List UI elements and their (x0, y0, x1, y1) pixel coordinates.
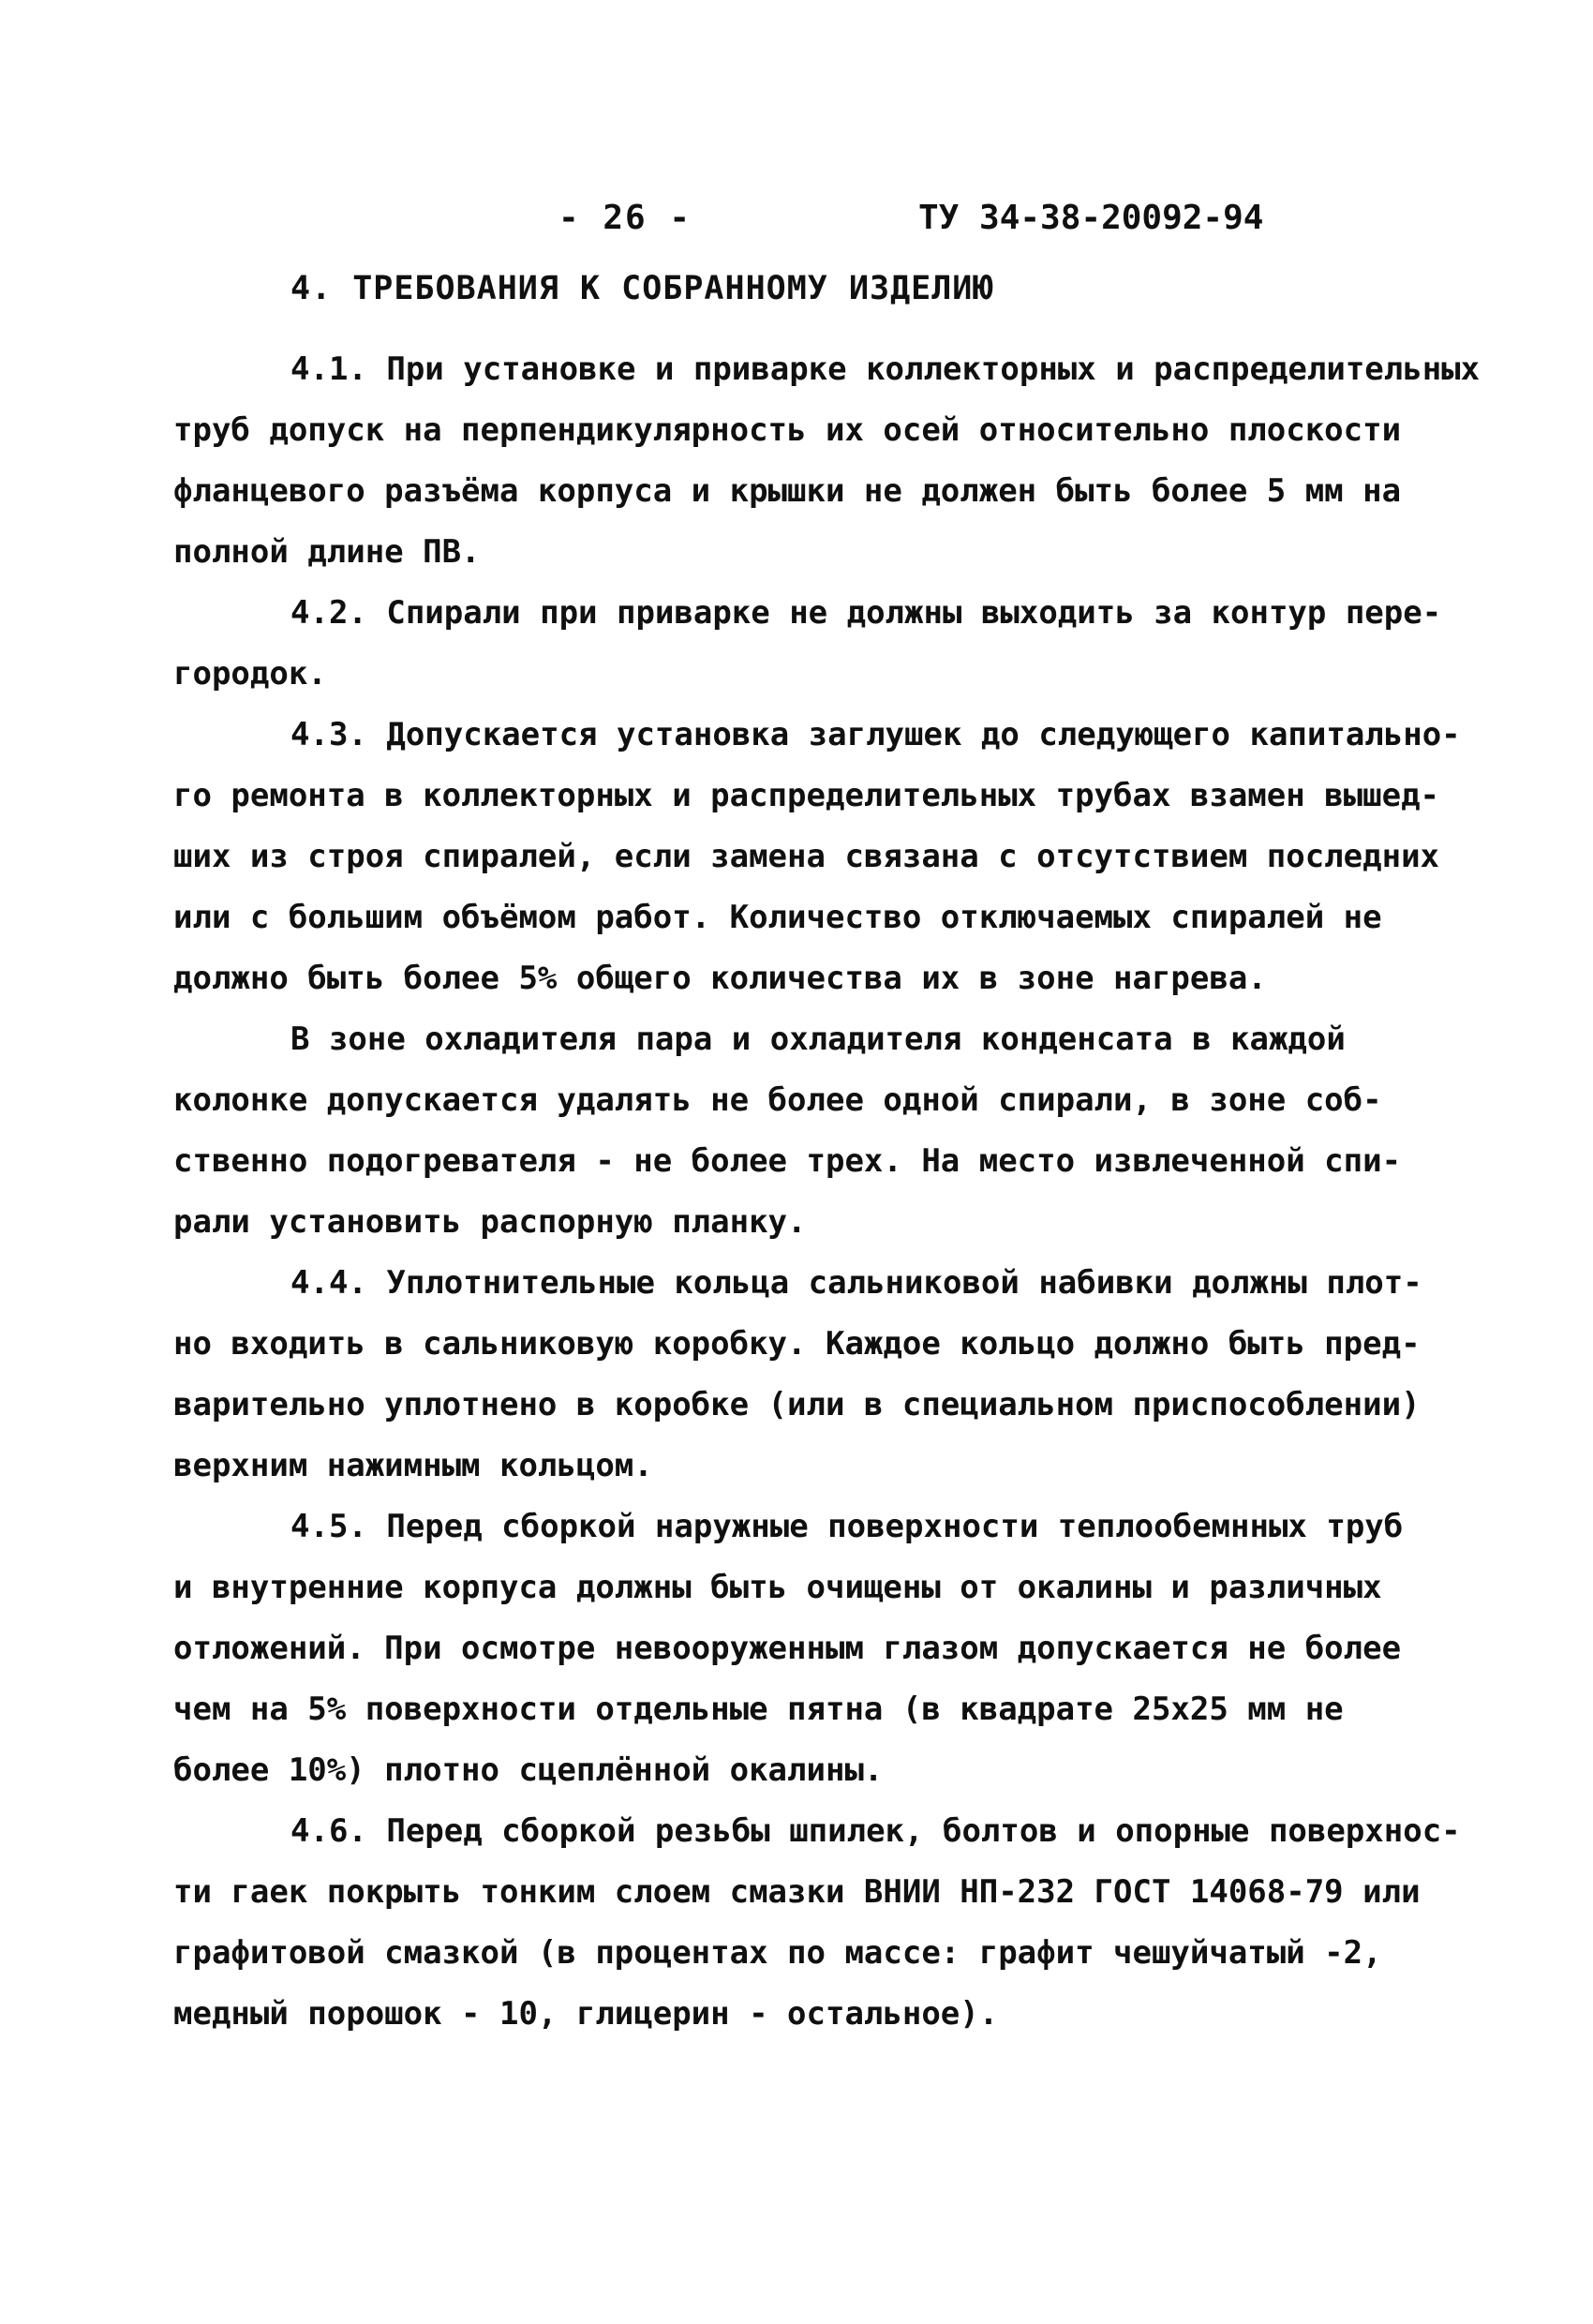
text-line: должно быть более 5% общего количества и… (173, 948, 1485, 1009)
text-line: В зоне охладителя пара и охладителя конд… (173, 1009, 1485, 1070)
text-line: 4.6. Перед сборкой резьбы шпилек, болтов… (173, 1801, 1485, 1862)
document-number: ТУ 34-38-20092-94 (918, 199, 1263, 237)
text-line: более 10%) плотно сцеплённой окалины. (173, 1740, 1485, 1801)
text-line: труб допуск на перпендикулярность их осе… (173, 400, 1485, 461)
text-line: 4.3. Допускается установка заглушек до с… (173, 705, 1485, 766)
text-line: ственно подогревателя - не более трех. Н… (173, 1131, 1485, 1192)
text-line: колонке допускается удалять не более одн… (173, 1070, 1485, 1131)
text-line: 4.1. При установке и приварке коллекторн… (173, 339, 1485, 400)
text-line: отложений. При осмотре невооруженным гла… (173, 1618, 1485, 1679)
text-line: го ремонта в коллекторных и распределите… (173, 766, 1485, 827)
text-line: 4.4. Уплотнительные кольца сальниковой н… (173, 1253, 1485, 1314)
text-line: фланцевого разъёма корпуса и крышки не д… (173, 461, 1485, 522)
text-line: верхним нажимным кольцом. (173, 1436, 1485, 1497)
document-page: - 26 - ТУ 34-38-20092-94 4. ТРЕБОВАНИЯ К… (0, 0, 1593, 2324)
text-line: но входить в сальниковую коробку. Каждое… (173, 1314, 1485, 1375)
text-line: варительно уплотнено в коробке (или в сп… (173, 1375, 1485, 1436)
page-number: - 26 - (558, 199, 692, 237)
text-line: ти гаек покрыть тонким слоем смазки ВНИИ… (173, 1862, 1485, 1923)
text-line: 4.2. Спирали при приварке не должны выхо… (173, 583, 1485, 644)
section-heading: 4. ТРЕБОВАНИЯ К СОБРАННОМУ ИЗДЕЛИЮ (290, 270, 993, 307)
text-line: ших из строя спиралей, если замена связа… (173, 827, 1485, 887)
text-line: полной длине ПВ. (173, 522, 1485, 583)
document-body: 4.1. При установке и приварке коллекторн… (173, 339, 1485, 2045)
text-line: или с большим объёмом работ. Количество … (173, 887, 1485, 948)
text-line: чем на 5% поверхности отдельные пятна (в… (173, 1679, 1485, 1740)
text-line: графитовой смазкой (в процентах по массе… (173, 1923, 1485, 1984)
page-header: - 26 - ТУ 34-38-20092-94 (0, 199, 1593, 246)
text-line: медный порошок - 10, глицерин - остально… (173, 1984, 1485, 2045)
text-line: 4.5. Перед сборкой наружные поверхности … (173, 1497, 1485, 1557)
text-line: и внутренние корпуса должны быть очищены… (173, 1557, 1485, 1618)
text-line: рали установить распорную планку. (173, 1192, 1485, 1253)
text-line: городок. (173, 644, 1485, 705)
